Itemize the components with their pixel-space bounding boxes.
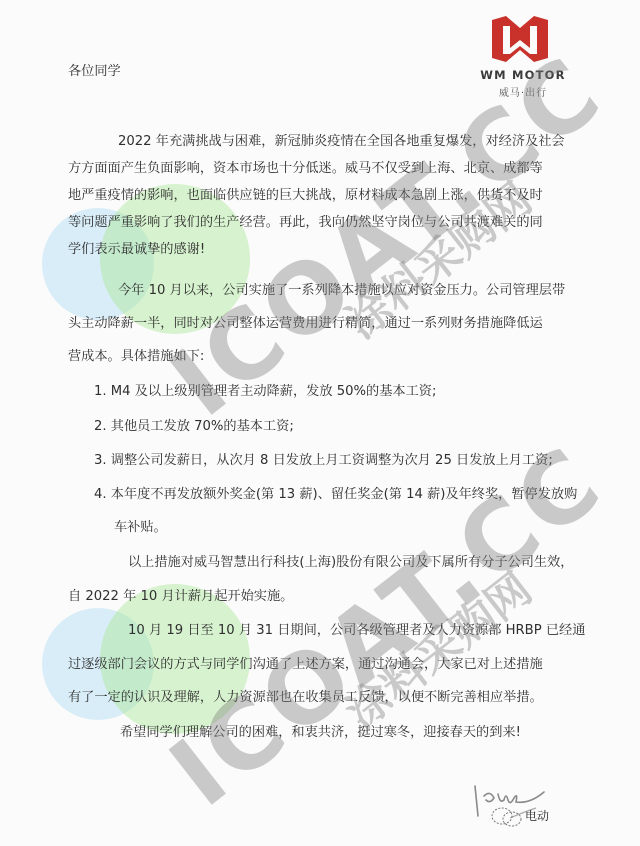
letter-page: WM MOTOR 威马·出行 各位同学 2022 年充满挑战与困难，新冠肺炎疫情… <box>0 0 640 846</box>
letter-greeting: 各位同学 <box>68 64 121 80</box>
wechat-account-label: 电动 <box>525 807 549 824</box>
measure-item-continued: 车补贴。 <box>114 520 167 536</box>
paragraph-line: 自 2022 年 10 月计薪月起开始实施。 <box>68 589 293 605</box>
measure-item: 3. 调整公司发薪日，从次月 8 日发放上月工资调整为次月 25 日发放上月工资… <box>94 453 553 469</box>
paragraph-line: 学们表示最诚挚的感谢! <box>68 242 205 258</box>
measure-item: 2. 其他员工发放 70%的基本工资; <box>94 419 294 435</box>
